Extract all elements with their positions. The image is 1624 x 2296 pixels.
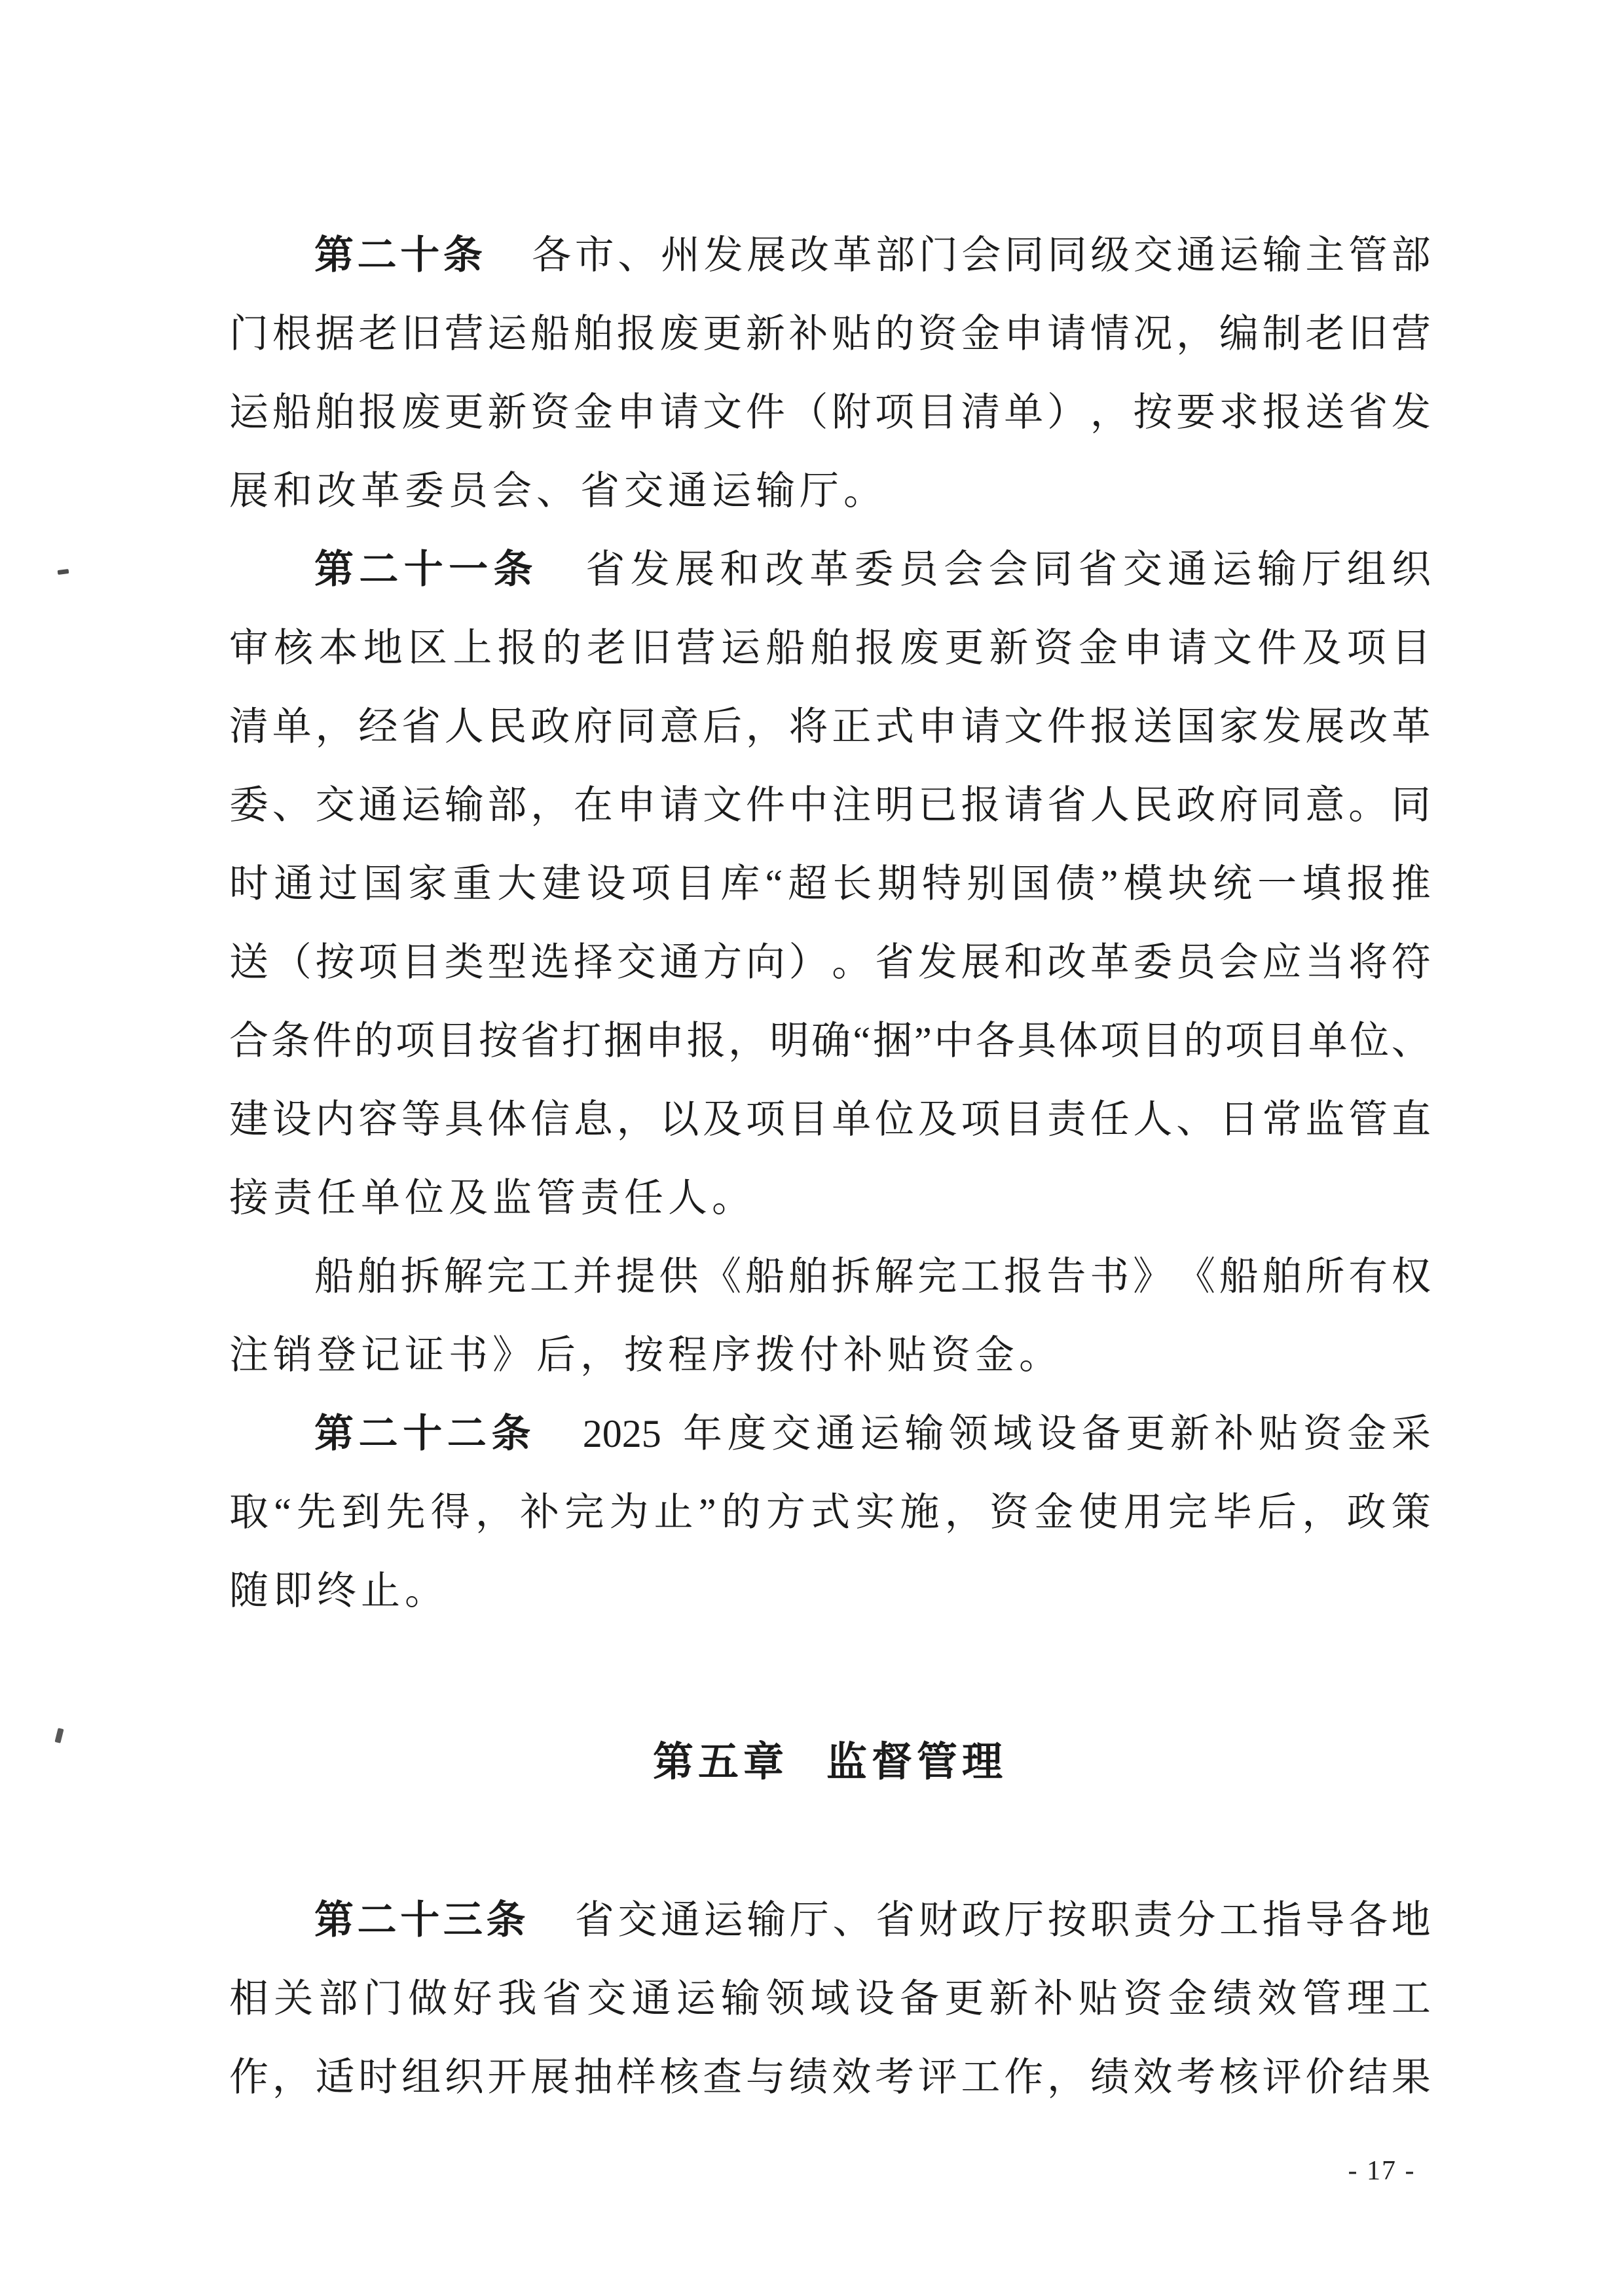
glyph: 经: [358, 687, 397, 766]
glyph: 输: [1257, 530, 1297, 609]
glyph: 和: [720, 530, 759, 609]
glyph: 拆: [401, 1237, 440, 1316]
glyph: 使: [1079, 1473, 1118, 1552]
glyph: 金: [1347, 1394, 1386, 1473]
glyph: 核: [274, 609, 313, 687]
glyph: 二: [358, 1881, 397, 1959]
glyph: 通: [631, 1959, 671, 2038]
glyph: 明: [770, 1002, 809, 1080]
text-line-12: 建设内容等具体信息，以及项目单位及项目责任人、日常监管直: [229, 1080, 1431, 1159]
glyph: 清: [229, 687, 268, 766]
glyph: 报: [1004, 1237, 1043, 1316]
glyph: 别: [967, 845, 1006, 923]
text-line-10: 送（按项目类型选择交通方向）。省发展和改革委员会应当将符: [229, 923, 1431, 1002]
glyph: （: [272, 923, 312, 1002]
text-line-2: 门根据老旧营运船舶报废更新补贴的资金申请情况，编制老旧营: [229, 295, 1431, 373]
glyph: 民: [487, 687, 526, 766]
glyph: 请: [961, 687, 1000, 766]
glyph: 责: [273, 1159, 312, 1237]
glyph: 目: [1266, 1002, 1306, 1080]
glyph: 以: [659, 1080, 699, 1159]
glyph: 项: [875, 373, 914, 452]
glyph: 好: [452, 1959, 492, 2038]
glyph: 省: [1348, 373, 1388, 452]
text-line-24: 作，适时组织开展抽样核查与绩效考评工作，绩效考核评价结果: [229, 2038, 1431, 2117]
glyph: 位: [875, 1080, 914, 1159]
glyph: 门: [363, 1959, 403, 2038]
glyph: 后: [536, 1316, 576, 1394]
glyph: 第: [314, 1881, 354, 1959]
glyph: 省: [1078, 530, 1117, 609]
glyph: 毕: [1213, 1473, 1252, 1552]
glyph: 省: [1047, 766, 1086, 845]
glyph: 委: [1133, 923, 1172, 1002]
glyph: 注: [229, 1316, 268, 1394]
glyph: 止: [654, 1473, 693, 1552]
glyph: 件: [1257, 609, 1297, 687]
glyph: 改: [790, 216, 829, 295]
text-line-11: 合条件的项目按省打捆申报，明确“捆”中各具体项目的项目单位、: [229, 1002, 1431, 1080]
glyph: 运: [676, 1959, 716, 2038]
glyph: 革: [1392, 687, 1431, 766]
glyph: 省: [575, 1881, 614, 1959]
glyph: ，: [1176, 295, 1215, 373]
glyph: 按: [1048, 1881, 1087, 1959]
glyph: 新: [746, 295, 785, 373]
glyph: 地: [1392, 1881, 1431, 1959]
glyph: 交: [315, 766, 354, 845]
glyph: 目: [437, 1002, 477, 1080]
glyph: 报: [498, 609, 537, 687]
glyph: 绩: [1090, 2038, 1130, 2117]
glyph: 目: [918, 373, 957, 452]
glyph: 建: [542, 845, 581, 923]
glyph: 二: [359, 1394, 398, 1473]
glyph: 超: [788, 845, 827, 923]
glyph: 营: [445, 295, 484, 373]
glyph: 文: [703, 766, 742, 845]
glyph: 债: [1056, 845, 1096, 923]
glyph: 相: [229, 1959, 268, 2038]
glyph: 管: [1302, 1959, 1341, 2038]
glyph: 我: [498, 1959, 537, 2038]
glyph: 完: [1168, 1473, 1208, 1552]
glyph: 登: [317, 1316, 356, 1394]
glyph: 舶: [574, 295, 613, 373]
glyph: 财: [919, 1881, 958, 1959]
glyph: 展: [961, 923, 1000, 1002]
glyph: 项: [1347, 609, 1386, 687]
glyph: 况: [1133, 295, 1172, 373]
glyph: 单: [1004, 373, 1043, 452]
glyph: 船: [766, 609, 805, 687]
glyph: 要: [1176, 373, 1215, 452]
glyph: 管: [1348, 216, 1388, 295]
glyph: 的: [1183, 1002, 1223, 1080]
glyph: 单: [832, 1080, 871, 1159]
glyph: 补: [1034, 1959, 1073, 2038]
glyph: 库: [720, 845, 760, 923]
glyph: 、: [536, 452, 576, 530]
glyph: 织: [445, 2038, 484, 2117]
glyph: 按: [1133, 373, 1172, 452]
glyph: 报: [961, 766, 1000, 845]
glyph: 运: [1213, 530, 1252, 609]
glyph: 同: [617, 687, 656, 766]
glyph: 门: [919, 216, 958, 295]
glyph: 项: [358, 923, 397, 1002]
page-number: - 17 -: [1329, 2155, 1434, 2187]
glyph: 运: [712, 452, 751, 530]
glyph: 得: [431, 1473, 470, 1552]
glyph: 申: [617, 373, 656, 452]
text-line-16: 第二十二条2025年度交通运输领域设备更新补贴资金采: [229, 1394, 1431, 1473]
glyph: 补: [843, 1316, 883, 1394]
text-line-8: 委、交通运输部，在申请文件中注明已报请省人民政府同意。同: [229, 766, 1431, 845]
glyph: 老: [587, 609, 626, 687]
glyph: 程: [668, 1316, 707, 1394]
glyph: 正: [832, 687, 871, 766]
glyph: 发: [1392, 373, 1431, 452]
glyph: 贴: [832, 295, 871, 373]
glyph: 上: [452, 609, 492, 687]
text-line-17: 取“先到先得，补完为止”的方式实施，资金使用完毕后，政策: [229, 1473, 1431, 1552]
glyph: 运: [860, 1394, 900, 1473]
document-page: 第二十条各市、州发展改革部门会同同级交通运输主管部门根据老旧营运船舶报废更新补贴…: [0, 0, 1624, 2296]
glyph: 交: [618, 1881, 657, 1959]
glyph: 输: [445, 766, 484, 845]
glyph: 考: [1176, 2038, 1215, 2117]
glyph: 资: [530, 373, 570, 452]
glyph: 分: [1177, 1881, 1216, 1959]
glyph: 将: [1348, 923, 1388, 1002]
glyph: 项: [1100, 1002, 1139, 1080]
glyph: 第: [314, 1394, 354, 1473]
glyph: ”: [1101, 845, 1118, 923]
glyph: 同: [1048, 216, 1087, 295]
glyph: 证: [405, 1316, 444, 1394]
glyph: 文: [703, 373, 742, 452]
glyph: 申: [617, 766, 656, 845]
glyph: 展: [675, 530, 714, 609]
glyph: 意: [659, 687, 699, 766]
glyph: 贴: [1079, 1959, 1118, 2038]
glyph: 解: [874, 1237, 913, 1316]
glyph: 捆: [604, 1002, 643, 1080]
glyph: 资: [1303, 1394, 1342, 1473]
glyph: 重: [452, 845, 492, 923]
text-line-5: 第二十一条省发展和改革委员会会同省交通运输厅组织: [229, 530, 1431, 609]
glyph: 、: [272, 766, 312, 845]
text-line-3: 运船舶报废更新资金申请文件（附项目清单），按要求报送省发: [229, 373, 1431, 452]
glyph: 附: [832, 373, 871, 452]
glyph: 类: [445, 923, 484, 1002]
glyph: 设: [587, 845, 626, 923]
scan-speck-artifact: [58, 569, 69, 575]
glyph: 通: [1168, 530, 1207, 609]
glyph: 先: [297, 1473, 336, 1552]
glyph: 书: [449, 1316, 488, 1394]
glyph: 时: [229, 845, 268, 923]
glyph: 特: [922, 845, 961, 923]
glyph: ，: [1047, 2038, 1086, 2117]
glyph: 区: [408, 609, 447, 687]
glyph: 请: [659, 766, 699, 845]
glyph: 报: [617, 295, 656, 373]
glyph: 报: [1347, 845, 1386, 923]
glyph: 拨: [756, 1316, 795, 1394]
glyph: 输: [756, 452, 795, 530]
glyph: ”: [699, 1473, 716, 1552]
glyph: 营: [676, 609, 716, 687]
glyph: 内: [315, 1080, 354, 1159]
glyph: 金: [961, 295, 1000, 373]
glyph: 发: [1263, 687, 1302, 766]
glyph: 按: [479, 1002, 518, 1080]
glyph: 编: [1219, 295, 1259, 373]
glyph: 项: [961, 1080, 1000, 1159]
glyph: ，: [475, 1473, 515, 1552]
glyph: 十: [400, 216, 439, 295]
glyph: 同: [1263, 766, 1302, 845]
glyph: 政: [530, 687, 570, 766]
glyph: 目: [1392, 609, 1431, 687]
glyph: 委: [405, 452, 444, 530]
glyph: 交: [617, 923, 656, 1002]
glyph: 船: [745, 1237, 784, 1316]
glyph: 捆: [873, 1002, 912, 1080]
glyph: 申: [645, 1002, 684, 1080]
glyph: 及: [703, 1080, 742, 1159]
glyph: 随: [229, 1552, 268, 1630]
glyph: ，: [617, 1080, 656, 1159]
glyph: 新: [989, 609, 1029, 687]
glyph: 长: [832, 845, 872, 923]
glyph: 与: [746, 2038, 785, 2117]
glyph: 更: [1126, 1394, 1165, 1473]
glyph: 改: [1047, 923, 1086, 1002]
glyph: 核: [659, 2038, 699, 2117]
glyph: 导: [1305, 1881, 1344, 1959]
glyph: 。: [1348, 766, 1388, 845]
glyph: 地: [363, 609, 403, 687]
glyph: 更: [944, 609, 984, 687]
glyph: 块: [1168, 845, 1208, 923]
glyph: 贴: [887, 1316, 927, 1394]
glyph: 门: [229, 295, 268, 373]
glyph: 》: [1133, 1237, 1172, 1316]
glyph: 人: [1133, 1080, 1172, 1159]
glyph: 工: [1392, 1959, 1431, 2038]
glyph: 第: [314, 216, 354, 295]
glyph: 》: [492, 1316, 532, 1394]
glyph: 设: [855, 1959, 895, 2038]
glyph: 。: [1019, 1316, 1058, 1394]
glyph: 策: [1392, 1473, 1431, 1552]
glyph: 实: [855, 1473, 895, 1552]
glyph: 时: [358, 2038, 397, 2117]
glyph: 已: [918, 766, 957, 845]
glyph: 政: [1347, 1473, 1386, 1552]
glyph: 新: [989, 1959, 1029, 2038]
glyph: 条: [487, 1881, 526, 1959]
glyph: 十: [404, 530, 443, 609]
glyph: 条: [492, 1394, 531, 1473]
glyph: 监: [492, 1159, 532, 1237]
glyph: 展: [229, 452, 268, 530]
glyph: 输: [904, 1394, 944, 1473]
glyph: 注: [832, 766, 871, 845]
glyph: 止: [361, 1552, 400, 1630]
glyph: 家: [408, 845, 447, 923]
glyph: 级: [1090, 216, 1130, 295]
glyph: 更: [944, 1959, 984, 2038]
glyph: 体: [1059, 1002, 1098, 1080]
glyph: 设: [1037, 1394, 1077, 1473]
glyph: 会: [492, 452, 532, 530]
glyph: 船: [272, 373, 312, 452]
glyph: 更: [703, 295, 742, 373]
glyph: 同: [1033, 530, 1073, 609]
glyph: 展: [530, 2038, 570, 2117]
glyph: 任: [317, 1159, 356, 1237]
glyph: 备: [900, 1959, 939, 2038]
glyph: 符: [1392, 923, 1431, 1002]
glyph: 交: [1134, 216, 1173, 295]
glyph: 舶: [788, 1237, 828, 1316]
glyph: 省: [580, 452, 619, 530]
glyph: 和: [273, 452, 312, 530]
glyph: 州: [661, 216, 700, 295]
glyph: 交: [771, 1394, 811, 1473]
glyph: 委: [855, 530, 894, 609]
glyph: 销: [273, 1316, 312, 1394]
glyph: （: [789, 373, 828, 452]
glyph: 。: [712, 1159, 751, 1237]
glyph: 请: [1004, 766, 1043, 845]
text-line-22: 第二十三条省交通运输厅、省财政厅按职责分工指导各地: [229, 1881, 1431, 1959]
glyph: 资: [931, 1316, 970, 1394]
glyph: 件: [746, 373, 785, 452]
glyph: 当: [1305, 923, 1344, 1002]
glyph: 通: [661, 1881, 700, 1959]
glyph: 具: [1017, 1002, 1056, 1080]
glyph: 评: [1263, 2038, 1302, 2117]
glyph: 果: [1392, 2038, 1431, 2117]
glyph: 报: [1090, 687, 1130, 766]
glyph: 体: [487, 1080, 526, 1159]
glyph: 审: [229, 609, 268, 687]
glyph: 推: [1392, 845, 1431, 923]
glyph: 信: [530, 1080, 570, 1159]
glyph: 革: [833, 216, 872, 295]
glyph: 舶: [810, 609, 849, 687]
glyph: 即: [273, 1552, 312, 1630]
glyph: 通: [1177, 216, 1216, 295]
glyph: 责: [1047, 1080, 1086, 1159]
glyph: 厅: [1302, 530, 1341, 609]
glyph: 改: [317, 452, 356, 530]
glyph: 提: [616, 1237, 655, 1316]
glyph: 委: [229, 766, 268, 845]
glyph: 单: [361, 1159, 400, 1237]
glyph: 抽: [574, 2038, 613, 2117]
glyph: 船: [314, 1237, 354, 1316]
glyph: ，: [1302, 1473, 1341, 1552]
glyph: 组: [401, 2038, 441, 2117]
glyph: 项: [746, 1080, 785, 1159]
glyph: 终: [317, 1552, 356, 1630]
glyph: 申: [918, 687, 957, 766]
glyph: 序: [712, 1316, 751, 1394]
glyph: 目: [401, 923, 441, 1002]
glyph: 责: [580, 1159, 619, 1237]
glyph: 。: [832, 923, 871, 1002]
glyph: 老: [358, 295, 397, 373]
chapter-heading: 第五章监督管理: [229, 1719, 1431, 1797]
glyph: 报: [687, 1002, 726, 1080]
glyph: 拆: [832, 1237, 871, 1316]
glyph: 常: [1263, 1080, 1302, 1159]
glyph: 核: [1219, 2038, 1259, 2117]
glyph: 样: [617, 2038, 656, 2117]
glyph: 。: [843, 452, 883, 530]
glyph: 单: [1308, 1002, 1348, 1080]
glyph: 位: [1350, 1002, 1389, 1080]
glyph: 织: [1392, 530, 1431, 609]
text-line-7: 清单，经省人民政府同意后，将正式申请文件报送国家发展改革: [229, 687, 1431, 766]
glyph: 二: [447, 1394, 487, 1473]
chapter-number: 第五章: [653, 1729, 788, 1787]
glyph: 省: [401, 687, 441, 766]
glyph: 通: [274, 845, 313, 923]
text-line-1: 第二十条各市、州发展改革部门会同同级交通运输主管部: [229, 216, 1431, 295]
glyph: 中: [934, 1002, 973, 1080]
glyph: 废: [659, 295, 699, 373]
glyph: 工: [1219, 1881, 1259, 1959]
glyph: 改: [1348, 687, 1388, 766]
glyph: 《: [702, 1237, 741, 1316]
glyph: ，: [530, 766, 570, 845]
glyph: 目: [789, 1080, 828, 1159]
glyph: 人: [445, 687, 484, 766]
glyph: 目: [1004, 1080, 1043, 1159]
glyph: 位: [405, 1159, 444, 1237]
glyph: 所: [1305, 1237, 1344, 1316]
glyph: 的: [354, 1002, 394, 1080]
glyph: 舶: [315, 373, 354, 452]
glyph: 领: [766, 1959, 805, 2038]
glyph: 送: [1305, 373, 1344, 452]
glyph: 效: [1133, 2038, 1172, 2117]
glyph: 补: [789, 295, 828, 373]
text-line-13: 接责任单位及监管责任人。: [229, 1159, 1431, 1237]
glyph: 息: [574, 1080, 613, 1159]
glyph: 件: [1047, 687, 1086, 766]
glyph: 家: [1219, 687, 1259, 766]
glyph: ，: [728, 1002, 767, 1080]
glyph: 报: [1263, 373, 1302, 452]
glyph: 改: [765, 530, 804, 609]
glyph: 省: [585, 530, 625, 609]
glyph: 厅: [790, 1881, 829, 1959]
glyph: 员: [1176, 923, 1215, 1002]
glyph: 展: [1305, 687, 1344, 766]
glyph: 完: [487, 1237, 526, 1316]
glyph: 展: [747, 216, 786, 295]
glyph: ）: [789, 923, 828, 1002]
glyph: 式: [875, 687, 914, 766]
